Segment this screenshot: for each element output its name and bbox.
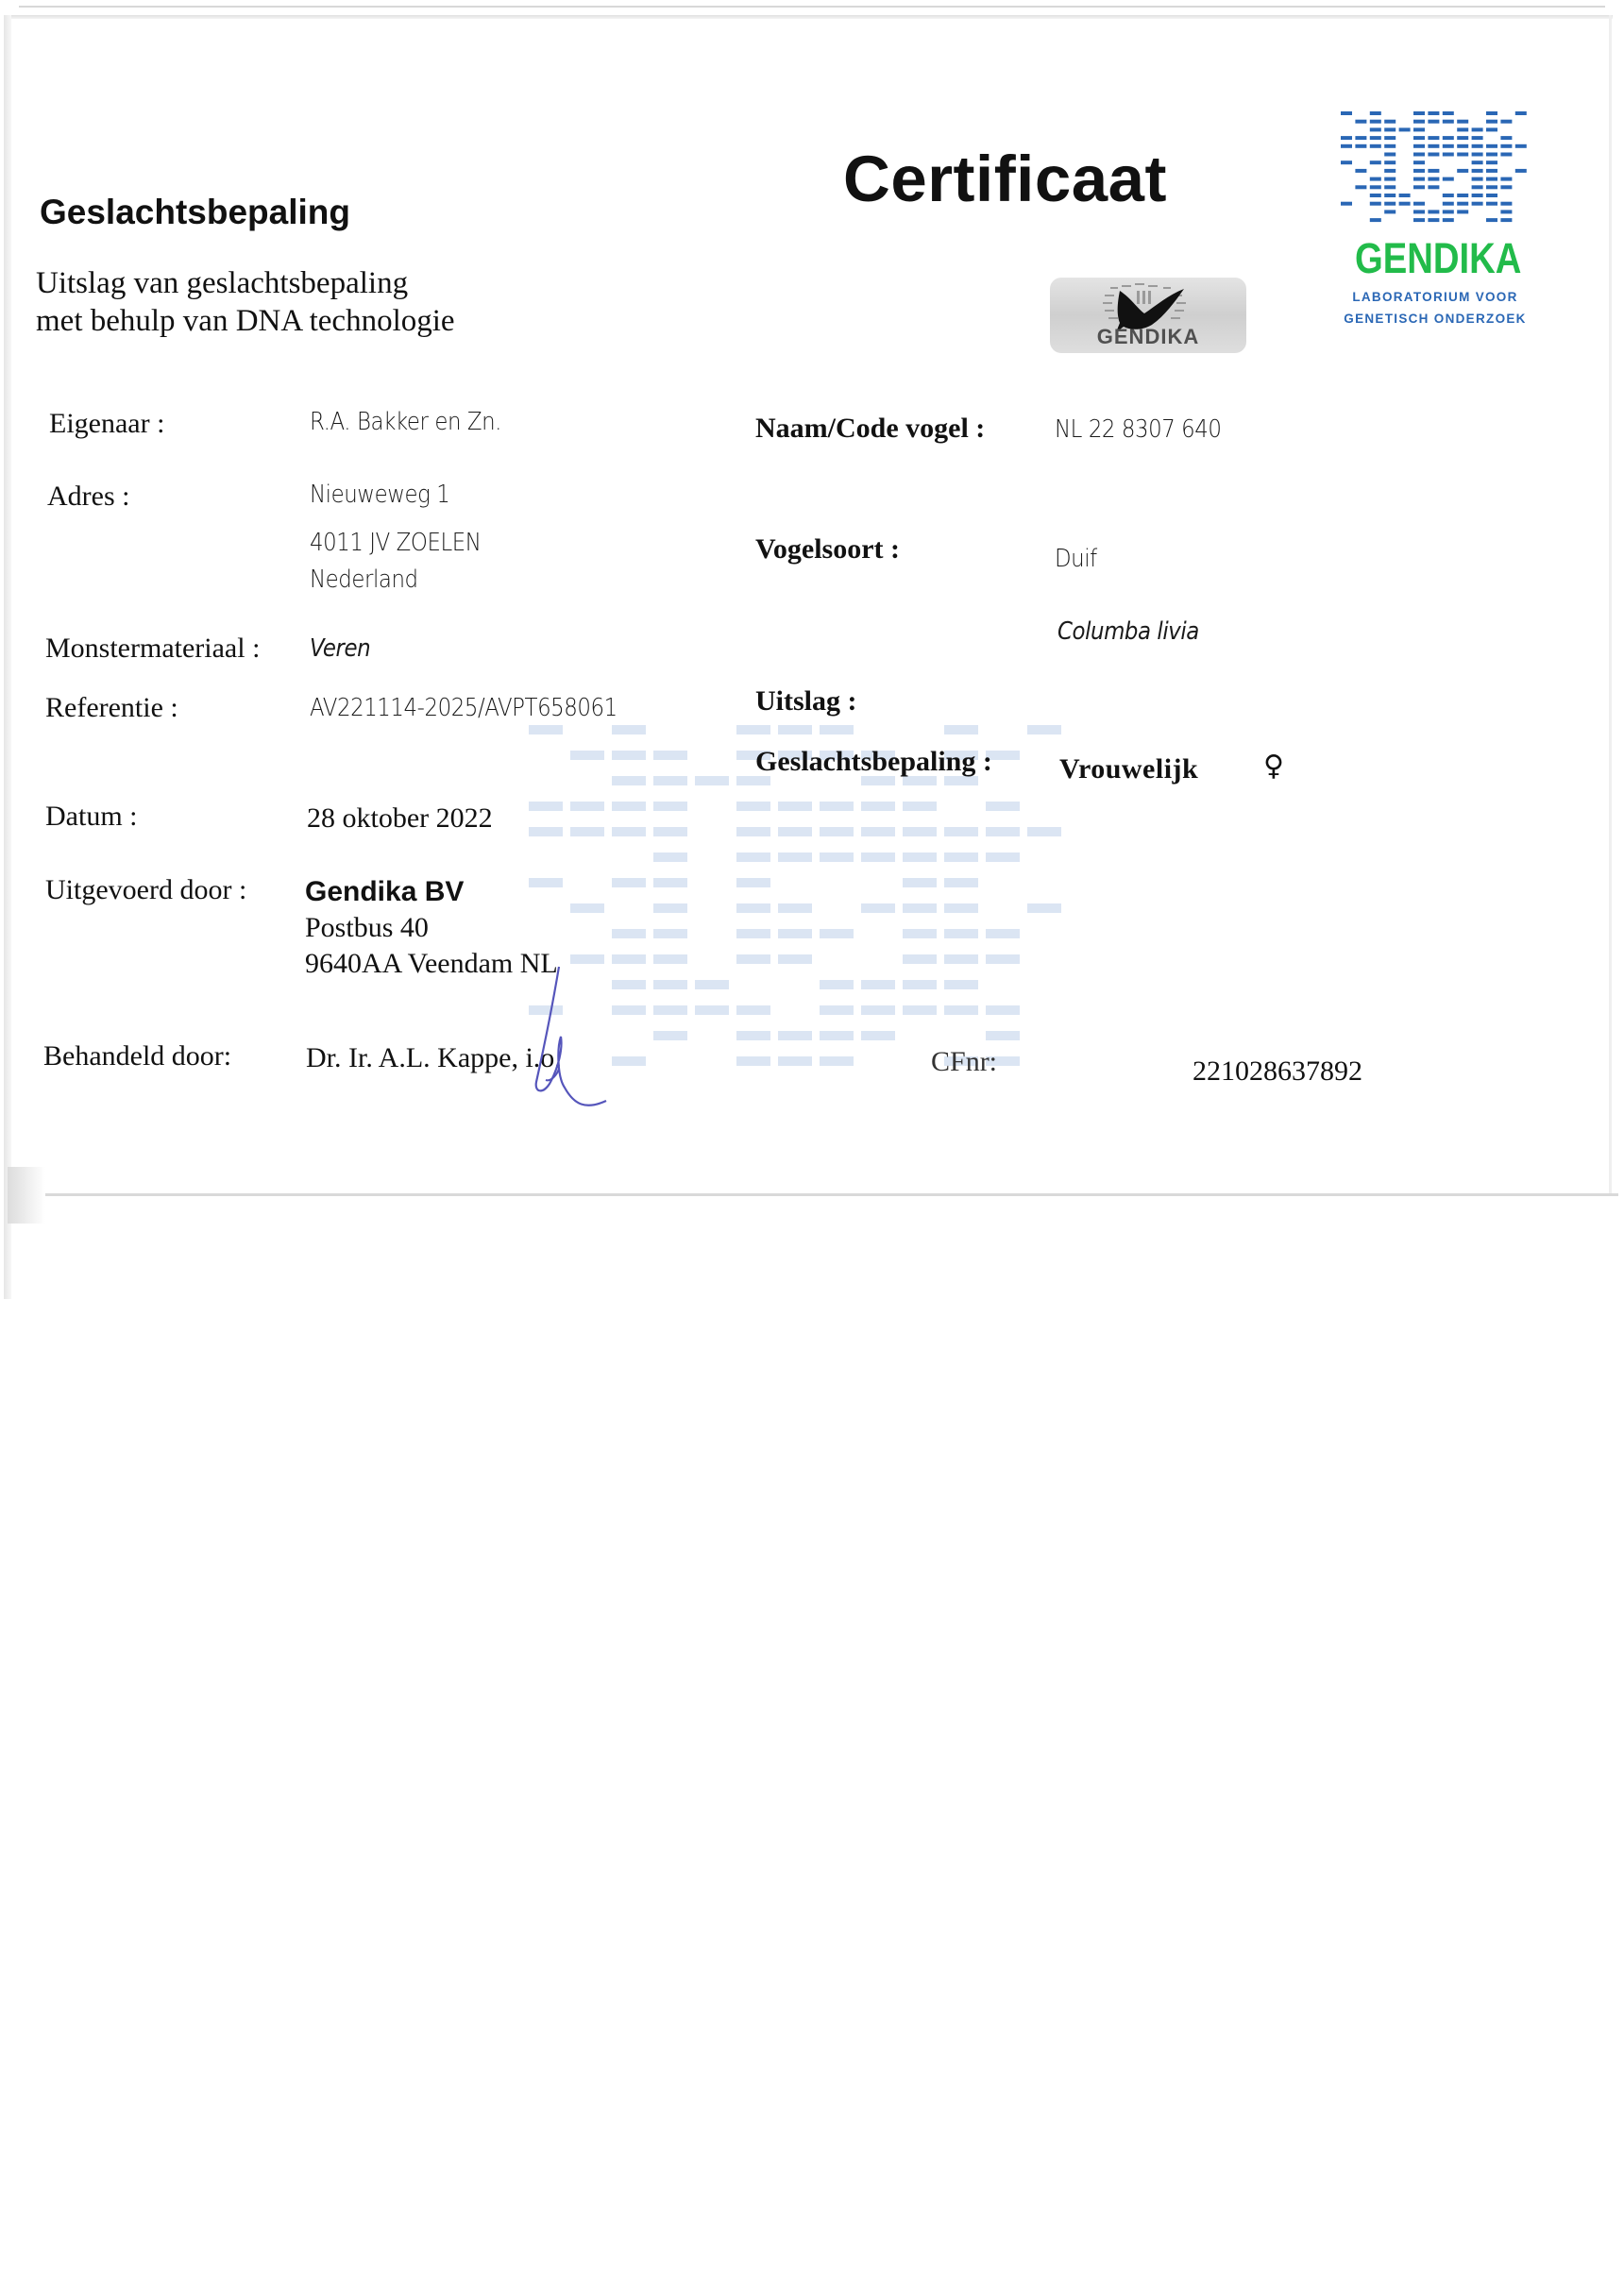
bird-code-value: NL 22 8307 640	[1055, 415, 1222, 444]
reference-value: AV221114-2025/AVPT658061	[310, 694, 617, 722]
document-subtitle: Uitslag van geslachtsbepaling met behulp…	[36, 264, 565, 340]
date-label: Datum :	[45, 801, 138, 833]
address-line-1: Nieuweweg 1	[310, 481, 449, 509]
species-latin-name: Columba livia	[1057, 617, 1199, 646]
subtitle-line-1: Uitslag van geslachtsbepaling	[36, 264, 565, 302]
cfnr-label: CFnr:	[931, 1046, 997, 1078]
owner-value: R.A. Bakker en Zn.	[310, 408, 501, 436]
signature-icon	[491, 963, 614, 1114]
logo-tagline-2: GENETISCH ONDERZOEK	[1341, 311, 1530, 327]
gendika-logo: GENDIKA LABORATORIUM VOOR GENETISCH ONDE…	[1341, 111, 1530, 327]
document-title: Geslachtsbepaling	[40, 193, 350, 232]
sample-material-value: Veren	[310, 634, 370, 663]
sample-material-label: Monstermateriaal :	[45, 633, 260, 665]
logo-tagline-1: LABORATORIUM VOOR	[1341, 289, 1530, 305]
hologram-seal: GENDIKA	[1050, 278, 1246, 353]
reference-label: Referentie :	[45, 692, 178, 724]
bird-code-label: Naam/Code vogel :	[755, 413, 985, 445]
performed-by-company: Gendika BV	[305, 876, 464, 908]
date-value: 28 oktober 2022	[307, 802, 493, 835]
performed-by-label: Uitgevoerd door :	[45, 874, 246, 906]
species-label: Vogelsoort :	[755, 533, 900, 566]
scan-edge-top-shadow	[8, 15, 1613, 19]
address-label: Adres :	[47, 481, 129, 513]
address-line-2: 4011 JV ZOELEN	[310, 529, 481, 557]
seal-text: GENDIKA	[1050, 325, 1246, 349]
subtitle-line-2: met behulp van DNA technologie	[36, 302, 565, 340]
watermark-dna-pattern-icon	[529, 725, 1095, 1084]
sex-determination-label: Geslachtsbepaling :	[755, 746, 992, 778]
dna-gel-g-logo-icon	[1341, 111, 1530, 227]
scan-edge-right	[1609, 15, 1612, 1195]
result-label: Uitslag :	[755, 685, 857, 717]
owner-label: Eigenaar :	[49, 408, 164, 440]
cfnr-value: 221028637892	[1193, 1055, 1362, 1088]
performed-by-address-1: Postbus 40	[305, 912, 429, 944]
scan-edge-left	[4, 15, 11, 1299]
sex-determination-value: Vrouwelijk	[1059, 753, 1198, 785]
scan-shadow	[8, 1167, 45, 1224]
female-symbol-icon: ♀	[1263, 750, 1284, 783]
certificate-bottom-edge	[8, 1193, 1618, 1196]
logo-name: GENDIKA	[1355, 234, 1515, 283]
certificate-title: Certificaat	[843, 142, 1167, 216]
species-value: Duif	[1055, 545, 1097, 573]
address-line-3: Nederland	[310, 566, 418, 594]
handled-by-label: Behandeld door:	[43, 1040, 231, 1072]
scan-edge-top	[19, 6, 1605, 8]
